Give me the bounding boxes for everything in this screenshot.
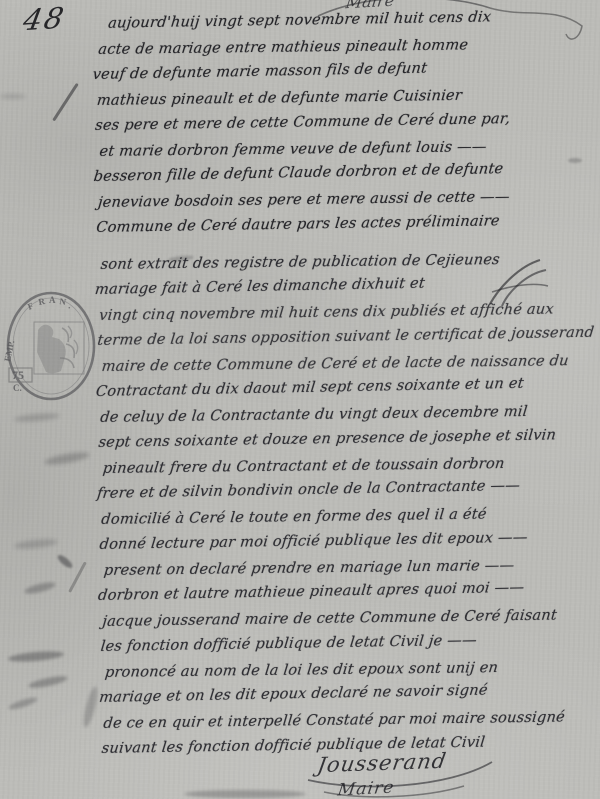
ink-smudge: [28, 674, 69, 690]
margin-slash-mark: [52, 83, 78, 121]
next-entry-fragment: [184, 790, 306, 798]
ink-smudge: [14, 412, 60, 423]
revenue-stamp: F R A N . EMP. 75 C.: [4, 288, 100, 406]
ink-smudge: [56, 553, 74, 570]
ink-smudge: [0, 94, 26, 99]
svg-text:N: N: [59, 296, 68, 307]
ink-smudge: [568, 158, 582, 163]
ink-smudge: [8, 650, 65, 664]
margin-entry-number: 48: [21, 1, 69, 38]
manuscript-text-block: aujourd'huij vingt sept novembre mil hui…: [90, 6, 600, 762]
ink-smudge: [24, 580, 57, 596]
stamp-value-unit: C.: [13, 383, 22, 393]
scanned-marriage-record: 48 Maire aujourd'huij vingt sept novembr…: [0, 0, 600, 799]
ink-smudge: [14, 538, 59, 551]
stamp-value: 75: [12, 368, 24, 382]
ink-smudge: [44, 450, 91, 467]
stamp-letter: F: [26, 300, 35, 311]
mayor-title: Maire: [336, 778, 396, 799]
ink-smudge: [8, 696, 39, 712]
svg-text:A: A: [49, 295, 56, 305]
mayor-signature: Jousserand: [316, 749, 449, 777]
svg-text:R: R: [38, 296, 47, 307]
